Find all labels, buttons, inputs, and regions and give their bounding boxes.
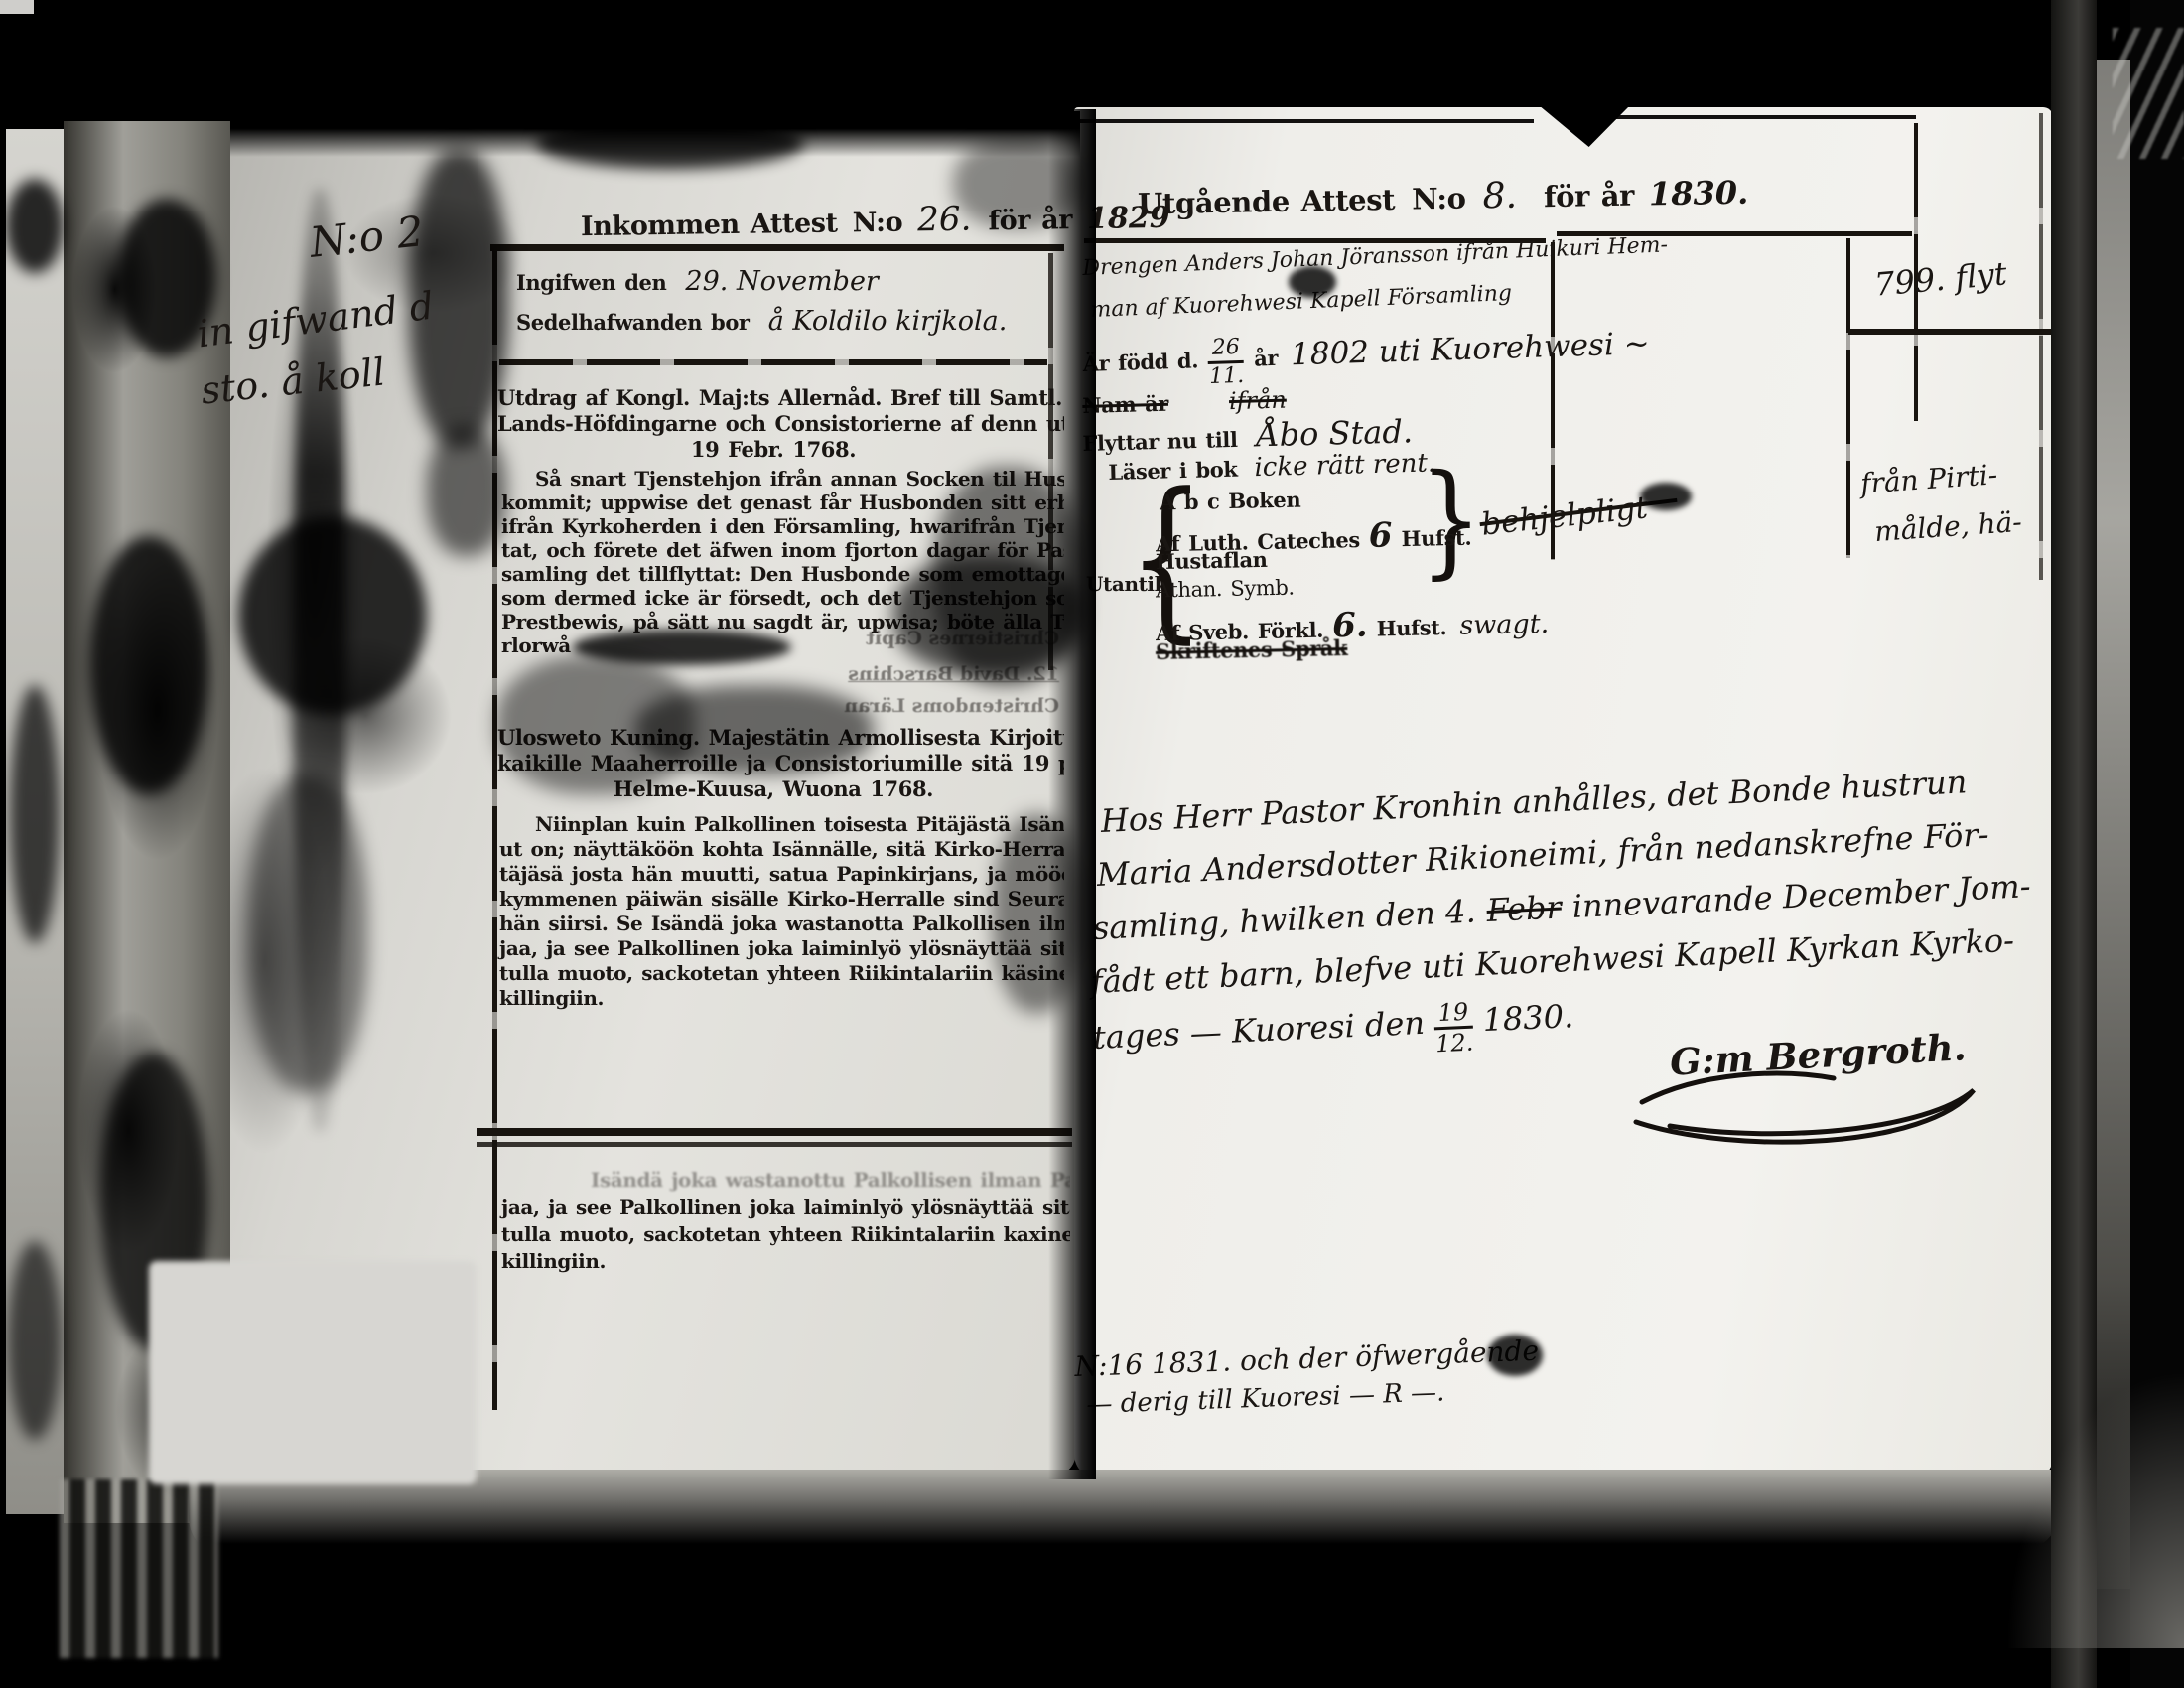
- stain: [427, 427, 506, 556]
- finnish-body-line: killingiin.: [499, 986, 604, 1010]
- finnish-body-line: täjäsä josta hän muutti, satua Papinkirj…: [499, 862, 1064, 886]
- column-rule: [1846, 238, 1850, 558]
- letter-date-fraction: 19 12.: [1433, 1000, 1474, 1056]
- header-prefix: Utgående Attest: [1138, 183, 1396, 221]
- fraction-numerator: 19: [1433, 1000, 1473, 1031]
- letter-struck-word: Febr: [1486, 889, 1563, 929]
- bottom-left-streaks: [60, 1479, 218, 1658]
- stain: [248, 774, 367, 1092]
- moves-label: Flyttar nu till: [1082, 427, 1238, 456]
- finnish-body-line: hän siirsi. Se Isändä joka wastanotta Pa…: [499, 912, 1064, 935]
- right-page-top-border: [1077, 119, 1534, 123]
- born-date-fraction: 26 11.: [1207, 337, 1245, 388]
- corner-glow: [2005, 1370, 2184, 1648]
- repeat-line-faint: Isändä joka wastanottu Palkollisen ilman…: [591, 1168, 1070, 1192]
- corner-mark: [0, 0, 34, 14]
- form-line-received: Ingifwen den 29. November: [516, 266, 879, 297]
- received-value: 29. November: [685, 266, 878, 297]
- reads-value: icke rätt rent.: [1254, 448, 1435, 483]
- stain: [635, 685, 874, 774]
- form-divider-rule: [499, 359, 1047, 365]
- fraction-numerator: 26: [1207, 337, 1244, 364]
- fraction-denominator: 11.: [1208, 363, 1245, 388]
- table-row: Hustaflan: [1156, 547, 1268, 574]
- holder-label: Sedelhafwanden bor: [516, 310, 750, 335]
- ink-blot: [1487, 1335, 1543, 1376]
- struck-value: ifrån: [1229, 386, 1288, 416]
- fraction-denominator: 12.: [1434, 1029, 1474, 1056]
- moves-value: Åbo Stad.: [1256, 412, 1413, 454]
- box-bottom-border: [477, 1128, 1072, 1136]
- stain: [149, 1261, 477, 1484]
- repeat-line: jaa, ja see Palkollinen joka laiminlyö y…: [501, 1196, 1070, 1219]
- row-label: Hufst.: [1376, 615, 1446, 640]
- page-edge-strip-gray: [2097, 60, 2130, 1589]
- swedish-heading-line: 19 Febr. 1768.: [497, 437, 1049, 462]
- header-number: 8.: [1482, 176, 1517, 217]
- finnish-body-line: kymmenen päiwän sisälle Kirko-Herralle s…: [499, 887, 1064, 911]
- header-prefix: Inkommen Attest: [581, 209, 838, 243]
- stain: [10, 685, 60, 943]
- row-note: swagt.: [1459, 609, 1549, 641]
- letter-year: 1830.: [1482, 997, 1574, 1039]
- table-row: Athan. Symb.: [1156, 576, 1295, 603]
- stain: [8, 1241, 62, 1440]
- born-value: 1802 uti Kuorehwesi ~: [1291, 326, 1651, 372]
- box-bottom-border: [477, 1142, 1072, 1147]
- row-number: 6: [1368, 515, 1393, 555]
- holder-value: å Koldilo kirjkola.: [768, 306, 1008, 337]
- entry-struck-line: Nam är ifrån: [1082, 386, 1287, 419]
- bottom-repeated-fragment: Isändä joka wastanottu Palkollisen ilman…: [496, 1162, 1070, 1293]
- repeat-line: tulla muoto, sackotetan yhteen Riikintal…: [501, 1222, 1070, 1246]
- form-line-holder: Sedelhafwanden bor å Koldilo kirjkola.: [516, 306, 1007, 337]
- repeat-line: killingiin.: [501, 1249, 606, 1273]
- page-edge-rule: [2039, 113, 2043, 580]
- row-label: Hufst.: [1401, 525, 1471, 551]
- swedish-body-line-partial: rlorwå: [501, 633, 571, 657]
- torn-top-edge-blob: [536, 117, 804, 169]
- archival-book-scan: N:o 2 in gifwand d sto. å koll Inkommen …: [0, 0, 2184, 1688]
- corner-streaks: [2113, 28, 2184, 159]
- stain: [238, 516, 427, 715]
- finnish-body-line: ut on; näyttäköön kohta Isännälle, sitä …: [499, 837, 1064, 861]
- born-label: Är född d.: [1082, 348, 1198, 376]
- table-row: A b c Boken: [1160, 488, 1301, 515]
- table-row-struck: Skriftenes Språk: [1156, 635, 1348, 664]
- finnish-body-line: tulla muoto, sackotetan yhteen Riikintal…: [499, 961, 1064, 985]
- stain: [89, 536, 208, 794]
- finnish-body-line: jaa, ja see Palkollinen joka laiminlyö y…: [499, 936, 1064, 960]
- header-year: 1830.: [1649, 174, 1749, 213]
- header-no-label: N:o: [853, 208, 903, 239]
- header-for-label: för år: [1544, 179, 1634, 214]
- finnish-body-line: Niinplan kuin Palkollinen toisesta Pitäj…: [535, 812, 1064, 836]
- born-mid-label: år: [1254, 346, 1279, 371]
- margin-rule: [1848, 329, 2051, 335]
- received-label: Ingifwen den: [516, 270, 666, 295]
- stain: [6, 179, 64, 273]
- signature-flourish: [1630, 1064, 1997, 1154]
- ink-blot: [1640, 483, 1692, 510]
- ink-blot: [1289, 266, 1336, 298]
- gutter-shadow: [1048, 109, 1096, 1479]
- header-no-label: N:o: [1412, 182, 1466, 216]
- swedish-heading-line: Utdrag af Kongl. Maj:ts Allernåd. Bref t…: [497, 385, 1049, 410]
- swedish-heading-line: Lands-Höfdingarne och Consistorierne af …: [497, 411, 1049, 436]
